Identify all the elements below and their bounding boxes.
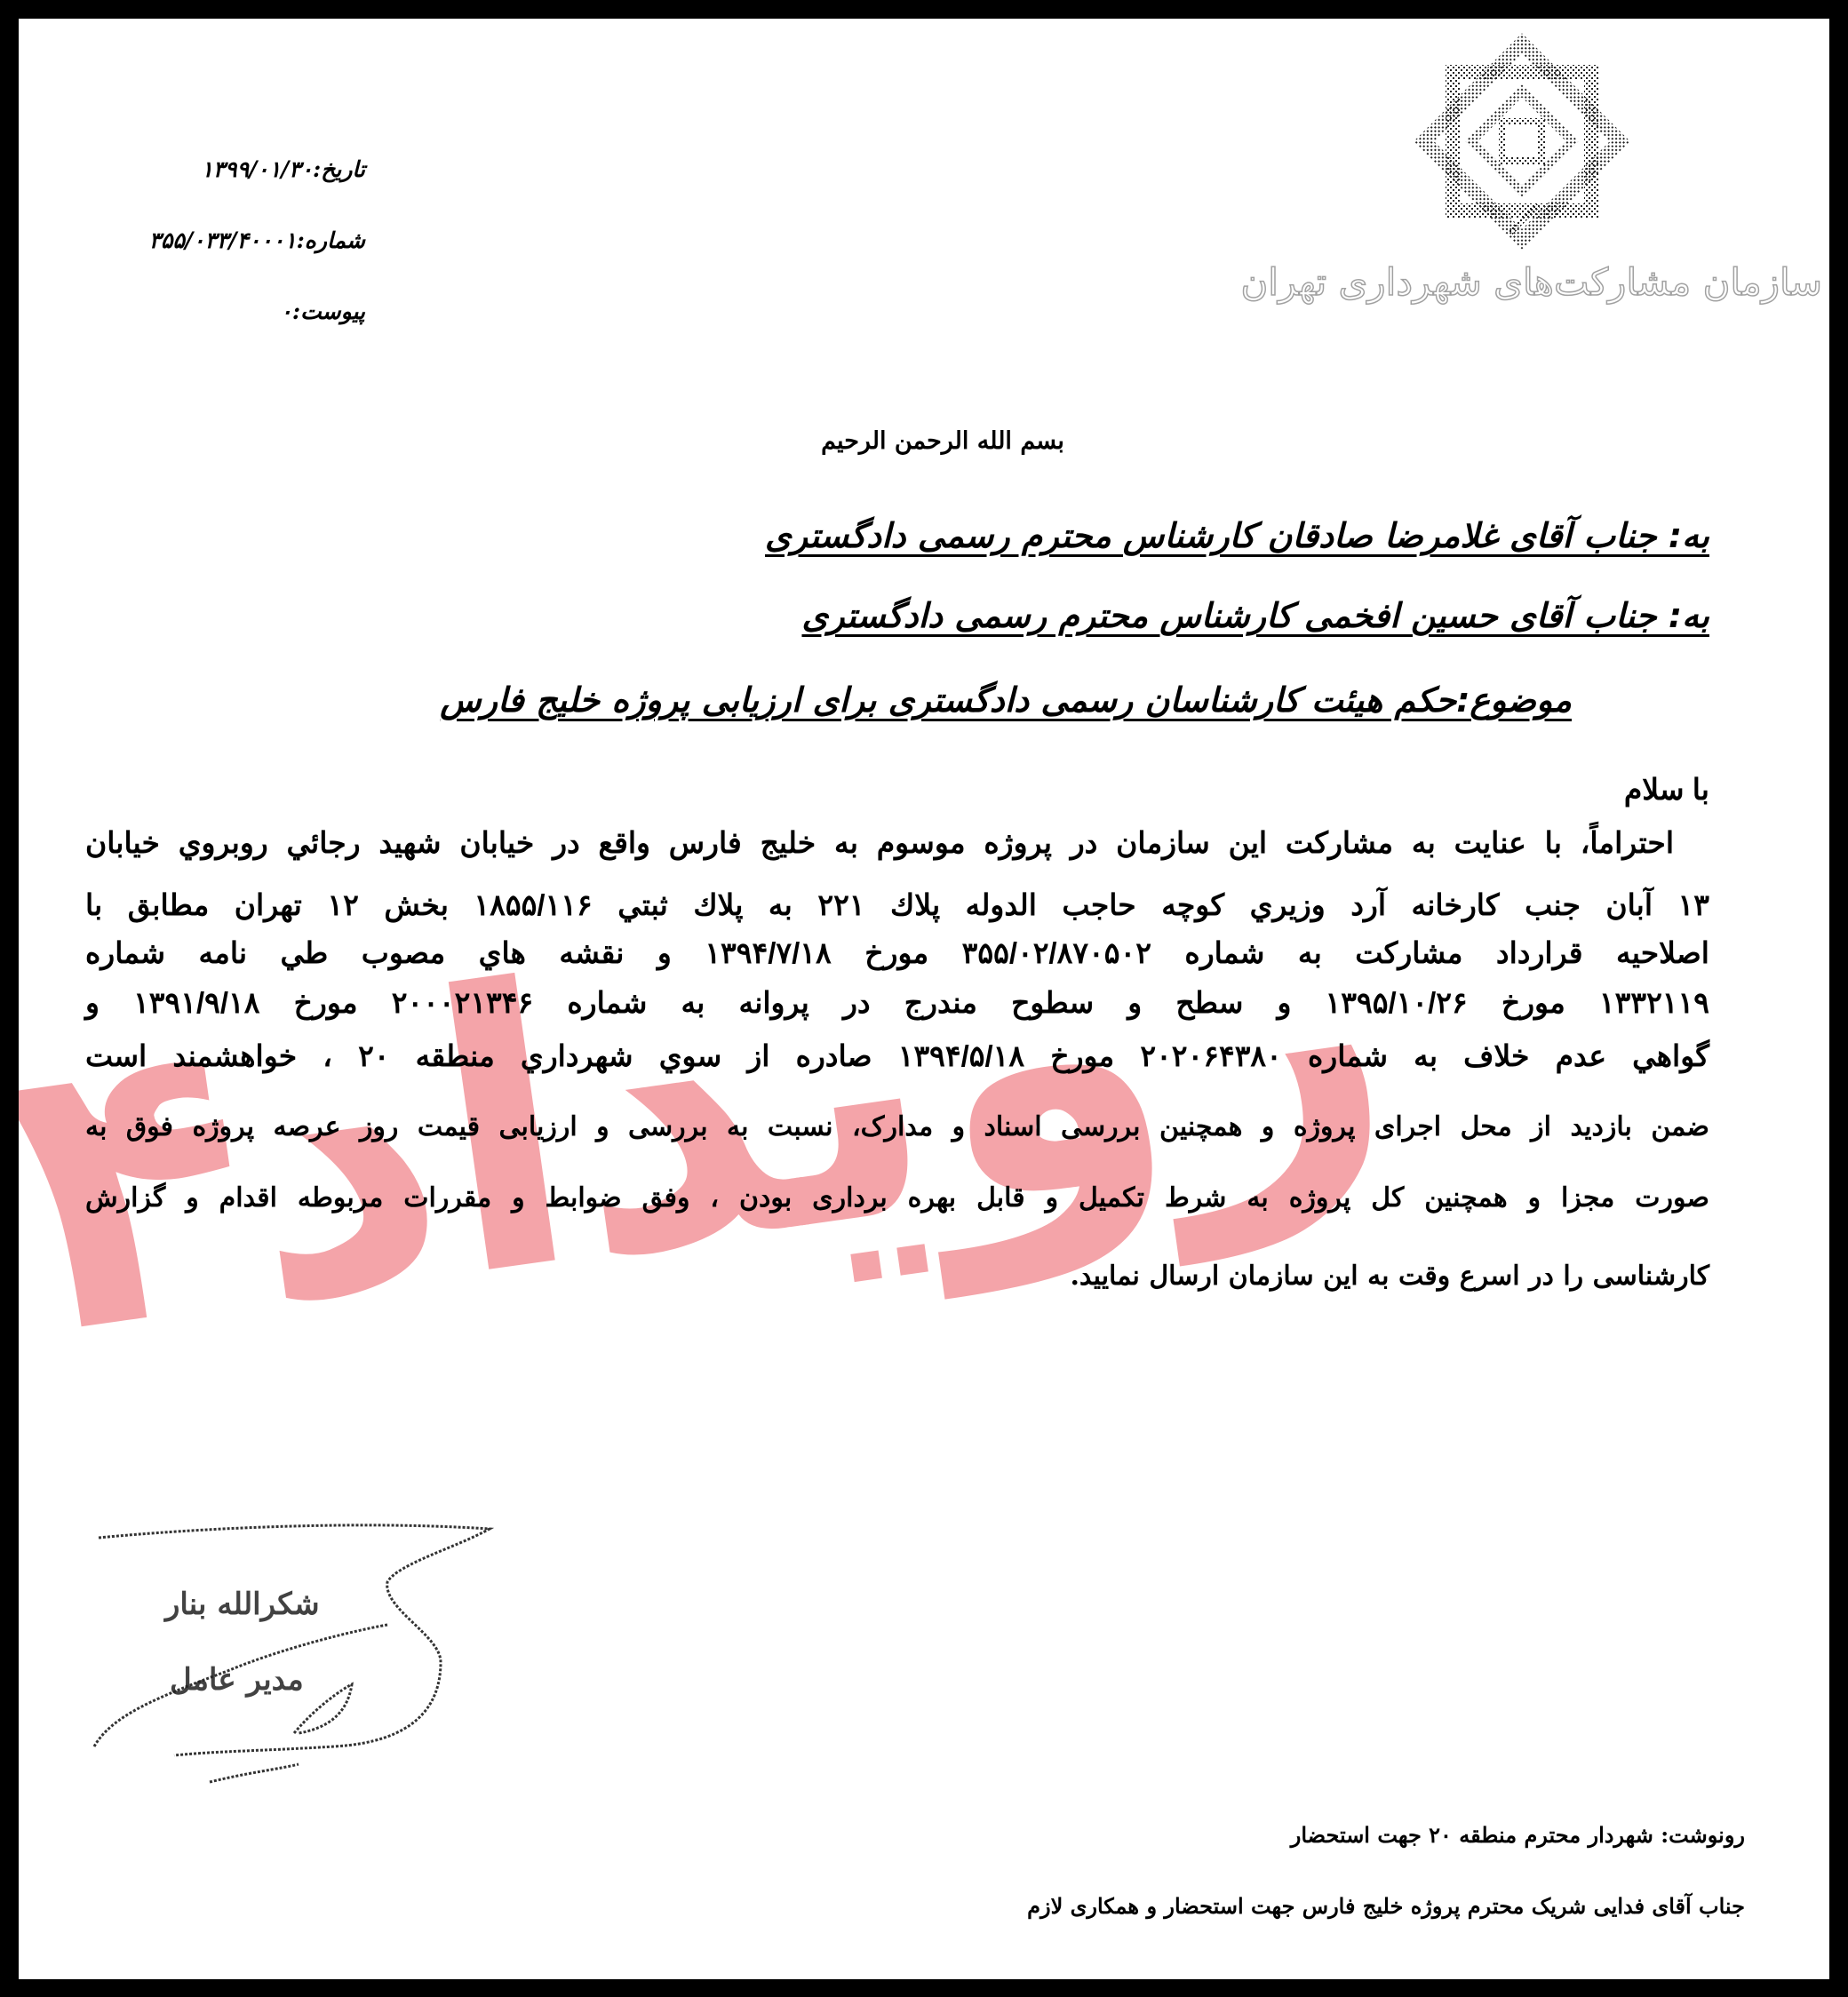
body-line-5: گواهي عدم خلاف به شماره ۲۰۲۰۶۴۳۸۰ مورخ ۱…	[85, 1038, 1709, 1073]
recipient-2: به: جناب آقای حسین افخمی کارشناس محترم ر…	[801, 596, 1709, 635]
bismillah: بسم الله الرحمن الرحیم	[783, 427, 1103, 455]
body-line-8: کارشناسی را در اسرع وقت به این سازمان ار…	[85, 1261, 1709, 1292]
date-row: تاریخ:۱۳۹۹/۰۱/۳۰	[152, 156, 365, 227]
recipient-1: به: جناب آقای غلامرضا صادقان کارشناس محت…	[765, 516, 1709, 555]
subject-line: موضوع:حکم هیئت کارشناسان رسمی دادگستری ب…	[440, 680, 1572, 720]
body-line-7: صورت مجزا و همچنین کل پروژه به شرط تکمیل…	[85, 1182, 1709, 1213]
date-label: تاریخ:	[313, 156, 365, 182]
organization-name: سازمان مشارکت‌های شهرداری تهران	[1298, 260, 1822, 304]
signature-scribble-icon	[85, 1511, 583, 1804]
number-label: شماره:	[297, 227, 365, 253]
cc-line-2: جناب آقای فدایی شریک محترم پروژه خلیج فا…	[1027, 1893, 1745, 1919]
body-line-6: ضمن بازدید از محل اجرای پروژه و همچنین ب…	[85, 1111, 1709, 1142]
cc-line-1: رونوشت: شهردار محترم منطقه ۲۰ جهت استحضا…	[1291, 1822, 1745, 1848]
body-line-1: احتراماً، با عنایت به مشارکت این سازمان …	[85, 825, 1709, 860]
organization-logo: سازمان مشارکت‌های شهرداری تهران	[1280, 28, 1829, 338]
body-line-3: اصلاحیه قرارداد مشارکت به شماره ۳۵۵/۰۲/۸…	[85, 935, 1709, 970]
number-row: شماره:۳۵۵/۰۳۳/۴۰۰۰۱	[152, 227, 365, 298]
letter-page: سازمان مشارکت‌های شهرداری تهران تاریخ:۱۳…	[19, 19, 1829, 1979]
attachment-row: پیوست:۰	[152, 298, 365, 370]
number-value: ۳۵۵/۰۳۳/۴۰۰۰۱	[149, 227, 297, 253]
greeting: با سلام	[85, 772, 1709, 807]
date-value: ۱۳۹۹/۰۱/۳۰	[201, 156, 313, 182]
letter-meta: تاریخ:۱۳۹۹/۰۱/۳۰ شماره:۳۵۵/۰۳۳/۴۰۰۰۱ پیو…	[152, 156, 365, 370]
signatory-name: شکرالله بنار	[165, 1587, 320, 1622]
signature-block: شکرالله بنار مدیر عامل	[85, 1511, 583, 1804]
attachment-label: پیوست:	[292, 298, 365, 324]
attachment-value: ۰	[280, 298, 291, 324]
signatory-title: مدیر عامل	[170, 1662, 304, 1698]
body-line-2: ۱۳ آبان جنب کارخانه آرد وزیري کوچه حاجب …	[85, 887, 1709, 922]
body-line-4: ۱۳۳۲۱۱۹ مورخ ۱۳۹۵/۱۰/۲۶ و سطح و سطوح مند…	[85, 985, 1709, 1020]
